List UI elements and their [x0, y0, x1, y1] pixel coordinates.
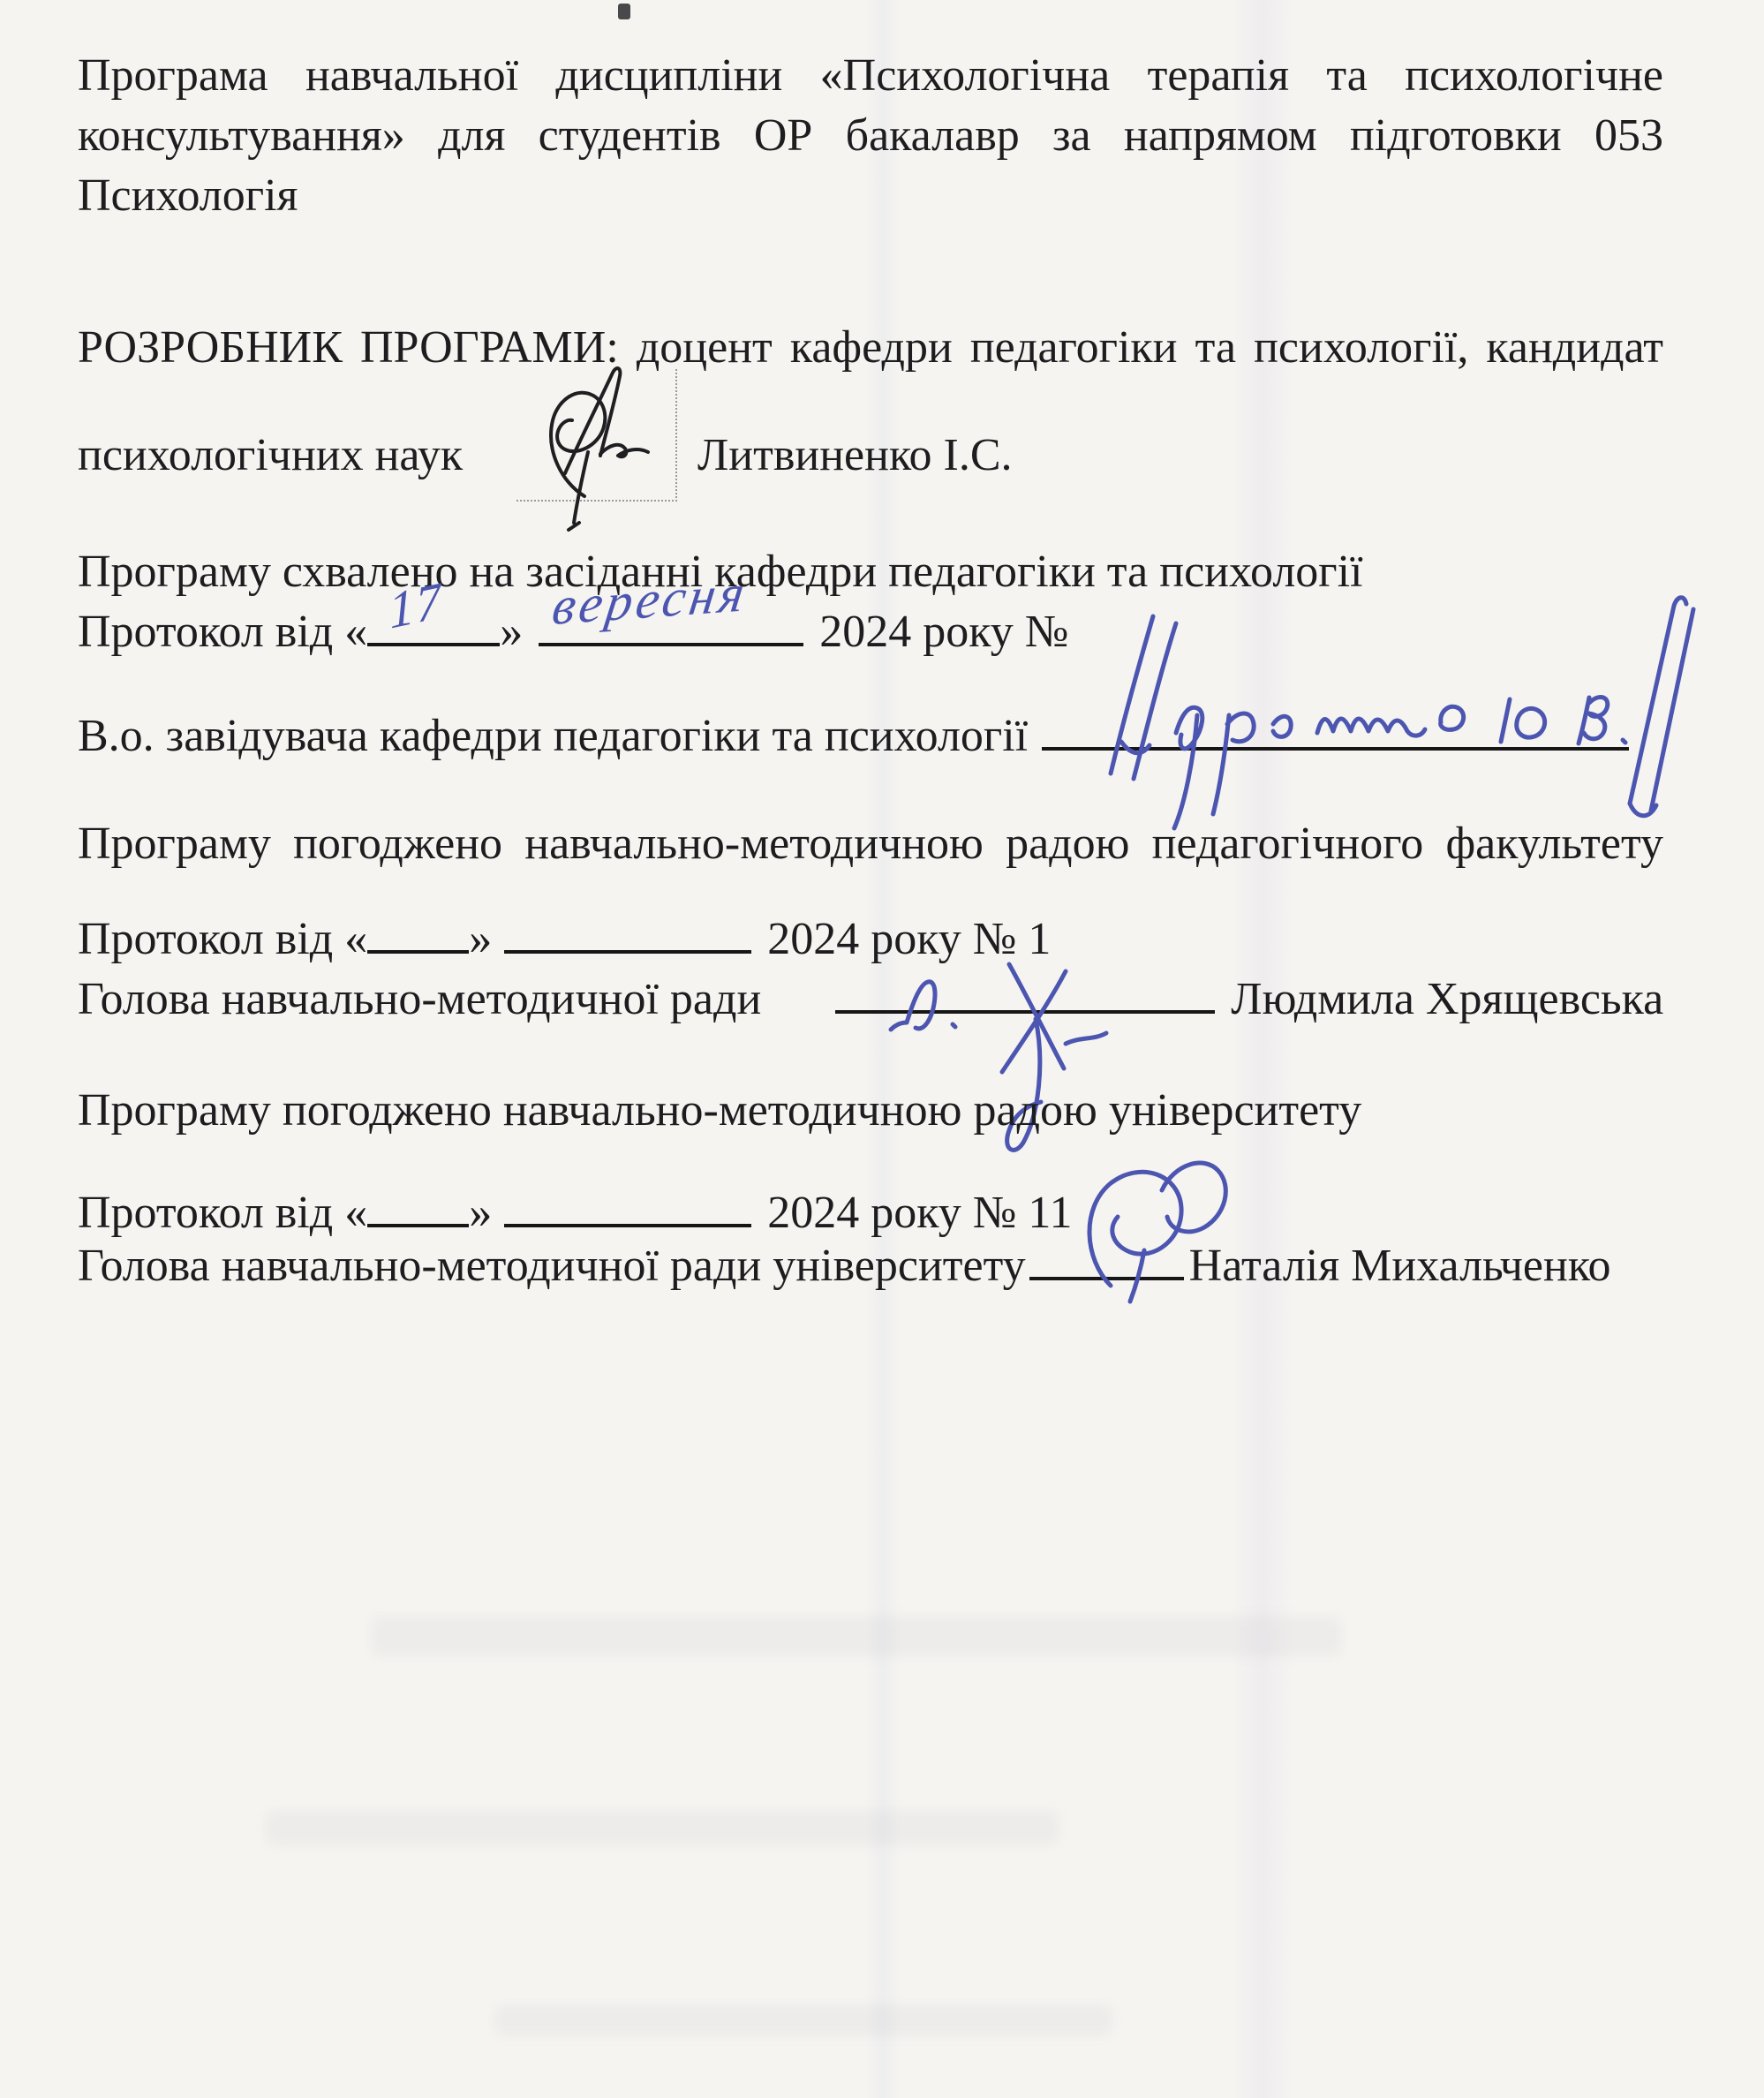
protocol-day-blank: 17 [367, 634, 500, 646]
scan-streak [1232, 0, 1293, 2098]
protocol-suffix: 2024 року № [819, 607, 1068, 657]
protocol-month-blank [504, 941, 751, 954]
bleed-through-smudge [371, 1616, 1342, 1657]
handwritten-day: 17 [388, 570, 445, 640]
department-head-line: В.о. завідувача кафедри педагогіки та пс… [78, 706, 1663, 766]
university-agreed-line: Програму погоджено навчально-методичною … [78, 1081, 1663, 1140]
university-head-name: Наталія Михальченко [1189, 1241, 1611, 1291]
faculty-protocol-line: Протокол від «»2024 року № 1 [78, 909, 1663, 969]
faculty-head-signature-blank [835, 1001, 1215, 1014]
bleed-through-smudge [265, 1810, 1059, 1845]
protocol-suffix: 2024 року № 11 [767, 1188, 1072, 1238]
developer-line: РОЗРОБНИК ПРОГРАМИ: доцент кафедри педаг… [78, 318, 1663, 377]
protocol-day-blank [367, 941, 469, 954]
protocol-prefix: Протокол від « [78, 914, 367, 964]
protocol-day-blank [367, 1215, 469, 1227]
university-head-label: Голова навчально-методичної ради універс… [78, 1241, 1026, 1291]
protocol-suffix: 2024 року № 1 [767, 914, 1051, 964]
scan-streak [865, 0, 901, 2098]
quote-close: » [500, 607, 523, 657]
faculty-head-label: Голова навчально-методичної ради [78, 974, 761, 1024]
bleed-through-smudge [494, 2004, 1112, 2036]
scan-speck [618, 4, 630, 19]
quote-close: » [469, 914, 492, 964]
developer-name: Литвиненко І.С. [697, 426, 1663, 485]
faculty-head-name: Людмила Хрящевська [1231, 974, 1663, 1024]
quote-close: » [469, 1188, 492, 1238]
university-head-line: Голова навчально-методичної ради універс… [78, 1236, 1663, 1295]
intro-line-3: Психологія [78, 166, 1663, 225]
intro-line-1: Програма навчальної дисципліни «Психолог… [78, 46, 1663, 105]
department-head-signature-blank [1042, 738, 1629, 751]
signature-field-box [516, 369, 677, 502]
faculty-agreed-line: Програму погоджено навчально-методичною … [78, 814, 1663, 873]
university-head-signature-blank [1029, 1268, 1184, 1280]
scanned-program-approval-page: Програма навчальної дисципліни «Психолог… [0, 0, 1764, 2098]
department-approved-line: Програму схвалено на засіданні кафедри п… [78, 542, 1663, 601]
department-head-label: В.о. завідувача кафедри педагогіки та пс… [78, 711, 1028, 761]
university-protocol-line: Протокол від «»2024 року № 11 [78, 1183, 1663, 1242]
protocol-prefix: Протокол від « [78, 1188, 367, 1238]
faculty-head-line: Голова навчально-методичної радиЛюдмила … [78, 970, 1663, 1029]
protocol-prefix: Протокол від « [78, 607, 367, 657]
protocol-month-blank: вересня [539, 634, 803, 646]
department-protocol-line: Протокол від «17»вересня2024 року № [78, 602, 1663, 661]
intro-line-2: консультування» для студентів ОР бакалав… [78, 106, 1663, 165]
protocol-month-blank [504, 1215, 751, 1227]
